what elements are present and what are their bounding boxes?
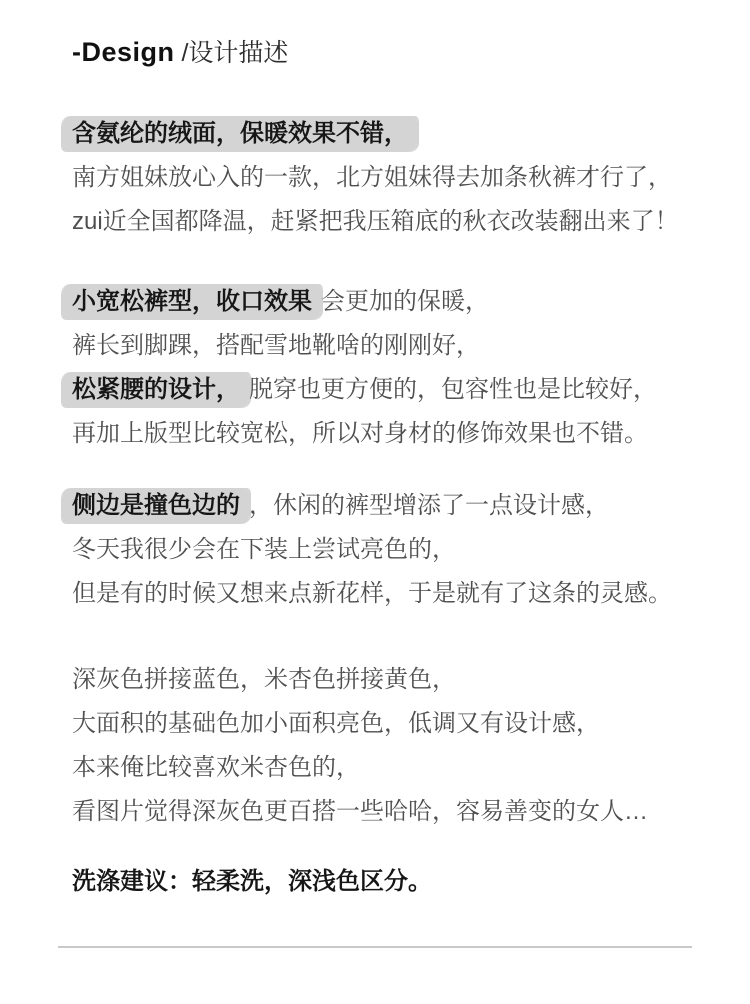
body-text: 看图片觉得深灰色更百搭一些哈哈，容易善变的女人…: [72, 798, 648, 825]
text-line: 本来俺比较喜欢米杏色的，: [72, 746, 710, 790]
body-text: 南方姐妹放心入的一款，北方姐妹得去加条秋裤才行了，: [72, 164, 672, 191]
text-line: 再加上版型比较宽松，所以对身材的修饰效果也不错。: [72, 412, 710, 456]
product-description-page: -Design /设计描述 含氨纶的绒面，保暖效果不错，南方姐妹放心入的一款，北…: [0, 0, 750, 1004]
text-line: zui近全国都降温，赶紧把我压箱底的秋衣改装翻出来了！: [72, 200, 710, 244]
title-chinese: /设计描述: [175, 39, 289, 67]
text-line: 裤长到脚踝，搭配雪地靴啥的刚刚好，: [72, 324, 710, 368]
text-line: 洗涤建议：轻柔洗，深浅色区分。: [72, 860, 710, 904]
highlighted-text: 含氨纶的绒面，保暖效果不错，: [62, 116, 417, 152]
body-text: 会更加的保暖，: [321, 288, 489, 315]
text-line: 但是有的时候又想来点新花样，于是就有了这条的灵感。: [72, 572, 710, 616]
body-text: 深灰色拼接蓝色，米杏色拼接黄色，: [72, 666, 456, 693]
text-line: 大面积的基础色加小面积亮色，低调又有设计感，: [72, 702, 710, 746]
highlighted-text: 松紧腰的设计，: [62, 372, 249, 408]
text-line: 深灰色拼接蓝色，米杏色拼接黄色，: [72, 658, 710, 702]
text-line: 松紧腰的设计，脱穿也更方便的，包容性也是比较好，: [72, 368, 710, 412]
divider: [58, 946, 692, 948]
design-description: 含氨纶的绒面，保暖效果不错，南方姐妹放心入的一款，北方姐妹得去加条秋裤才行了，z…: [72, 112, 710, 904]
highlighted-text: 小宽松裤型，收口效果: [62, 284, 321, 320]
body-text: 脱穿也更方便的，包容性也是比较好，: [249, 376, 657, 403]
body-text: 冬天我很少会在下装上尝试亮色的，: [72, 536, 456, 563]
body-text: ，休闲的裤型增添了一点设计感，: [249, 492, 609, 519]
bold-text: 洗涤建议：轻柔洗，深浅色区分。: [72, 868, 432, 895]
paragraph: 侧边是撞色边的，休闲的裤型增添了一点设计感，冬天我很少会在下装上尝试亮色的，但是…: [72, 484, 710, 616]
title-english: -Design: [72, 37, 175, 67]
page-title: -Design /设计描述: [72, 36, 710, 68]
highlighted-text: 侧边是撞色边的: [62, 488, 249, 524]
text-line: 南方姐妹放心入的一款，北方姐妹得去加条秋裤才行了，: [72, 156, 710, 200]
text-line: 侧边是撞色边的，休闲的裤型增添了一点设计感，: [72, 484, 710, 528]
text-line: 看图片觉得深灰色更百搭一些哈哈，容易善变的女人…: [72, 790, 710, 834]
body-text: 再加上版型比较宽松，所以对身材的修饰效果也不错。: [72, 420, 648, 447]
body-text: zui近全国都降温，赶紧把我压箱底的秋衣改装翻出来了！: [72, 208, 679, 235]
body-text: 本来俺比较喜欢米杏色的，: [72, 754, 360, 781]
paragraph: 深灰色拼接蓝色，米杏色拼接黄色，大面积的基础色加小面积亮色，低调又有设计感，本来…: [72, 658, 710, 834]
body-text: 大面积的基础色加小面积亮色，低调又有设计感，: [72, 710, 600, 737]
text-line: 含氨纶的绒面，保暖效果不错，: [72, 112, 710, 156]
text-line: 冬天我很少会在下装上尝试亮色的，: [72, 528, 710, 572]
text-line: 小宽松裤型，收口效果会更加的保暖，: [72, 280, 710, 324]
paragraph: 含氨纶的绒面，保暖效果不错，南方姐妹放心入的一款，北方姐妹得去加条秋裤才行了，z…: [72, 112, 710, 244]
body-text: 裤长到脚踝，搭配雪地靴啥的刚刚好，: [72, 332, 480, 359]
body-text: 但是有的时候又想来点新花样，于是就有了这条的灵感。: [72, 580, 672, 607]
paragraph: 小宽松裤型，收口效果会更加的保暖，裤长到脚踝，搭配雪地靴啥的刚刚好，松紧腰的设计…: [72, 280, 710, 456]
paragraph: 洗涤建议：轻柔洗，深浅色区分。: [72, 860, 710, 904]
